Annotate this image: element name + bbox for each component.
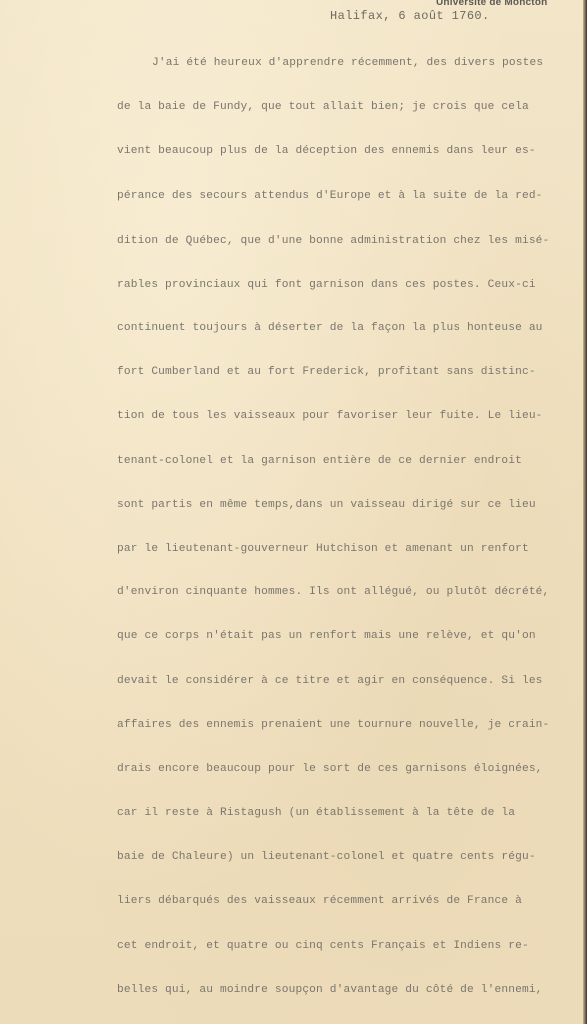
text-line: que ce corps n'était pas un renfort mais…: [117, 630, 536, 642]
text-line: car il reste à Ristagush (un établisseme…: [117, 807, 515, 819]
text-line: de la baie de Fundy, que tout allait bie…: [117, 101, 529, 113]
text-line: sont partis en même temps,dans un vaisse…: [117, 499, 536, 511]
text-line: pérance des secours attendus d'Europe et…: [117, 190, 543, 202]
text-line: belles qui, au moindre soupçon d'avantag…: [117, 984, 543, 996]
text-line: liers débarqués des vaisseaux récemment …: [117, 895, 522, 907]
document-page: Université de Moncton Halifax, 6 août 17…: [0, 0, 583, 1024]
text-line: vient beaucoup plus de la déception des …: [117, 145, 536, 157]
text-line: tion de tous les vaisseaux pour favorise…: [117, 410, 543, 422]
text-line: affaires des ennemis prenaient une tourn…: [117, 719, 549, 731]
text-line: tenant-colonel et la garnison entière de…: [117, 455, 522, 467]
text-line: fort Cumberland et au fort Frederick, pr…: [117, 366, 536, 378]
text-line: rables provinciaux qui font garnison dan…: [117, 279, 536, 291]
text-line: baie de Chaleure) un lieutenant-colonel …: [117, 851, 536, 863]
text-line: continuent toujours à déserter de la faç…: [117, 322, 543, 334]
text-line: drais encore beaucoup pour le sort de ce…: [117, 763, 543, 775]
page-edge: [583, 0, 587, 1024]
text-line: J'ai été heureux d'apprendre récemment, …: [152, 57, 543, 69]
university-stamp: Université de Moncton: [436, 0, 547, 8]
dateline: Halifax, 6 août 1760.: [330, 9, 490, 23]
text-line: par le lieutenant-gouverneur Hutchison e…: [117, 543, 529, 555]
text-line: devait le considérer à ce titre et agir …: [117, 675, 543, 687]
text-line: dition de Québec, que d'une bonne admini…: [117, 235, 549, 247]
text-line: d'environ cinquante hommes. Ils ont allé…: [117, 586, 549, 598]
text-line: cet endroit, et quatre ou cinq cents Fra…: [117, 940, 529, 952]
